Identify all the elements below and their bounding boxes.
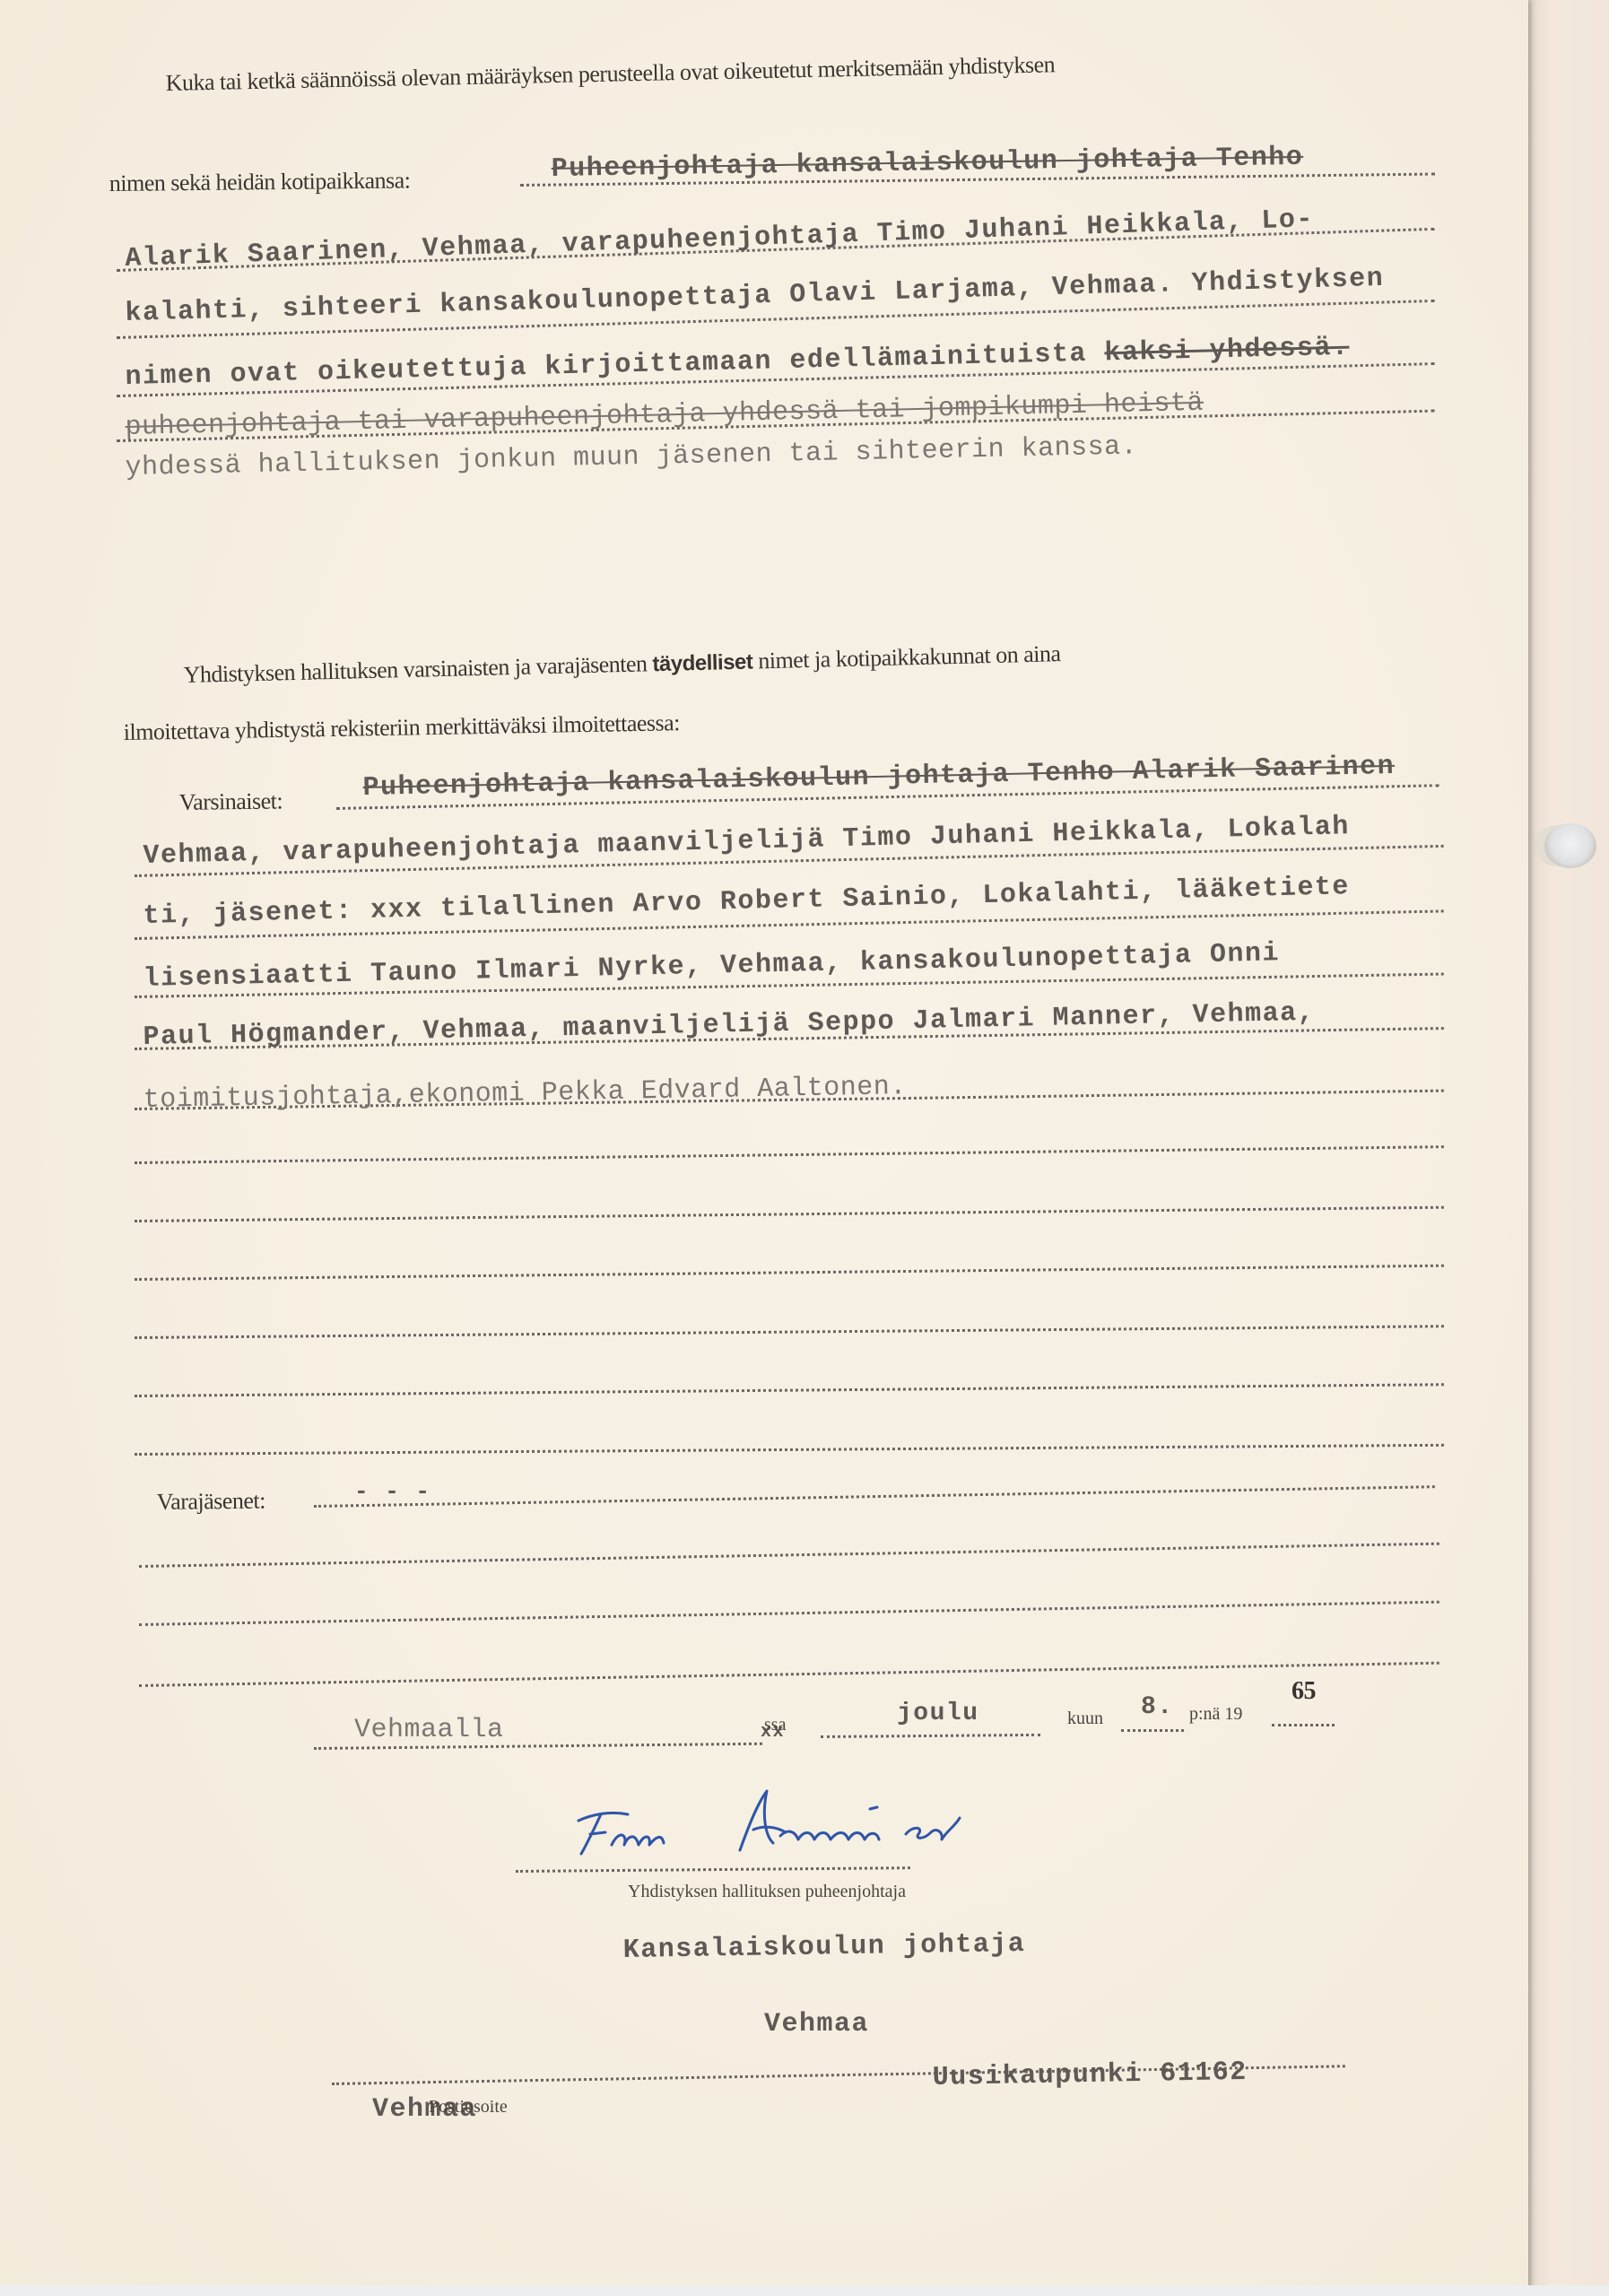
postal-label: Postiosoite: [429, 2097, 508, 2118]
question-board-text: Yhdistyksen hallituksen varsinaisten ja …: [183, 650, 653, 688]
signers-answer-line1: Puheenjohtaja kansalaiskoulun johtaja Te…: [551, 143, 1303, 185]
signature-line: [516, 1866, 910, 1873]
answer-line: [135, 1265, 1444, 1281]
scan-bottom-edge: [0, 2285, 1609, 2296]
postal-address: Uusikaupunki 61162: [932, 2057, 1248, 2093]
day-suffix: p:nä 19: [1189, 1704, 1242, 1725]
varsinaiset-line3: ti, jäsenet: xxx tilallinen Arvo Robert …: [143, 872, 1350, 932]
chair-title: Kansalaiskoulun johtaja: [622, 1929, 1025, 1966]
struck-text: kaksi yhdessä.: [1104, 333, 1350, 370]
answer-line: [135, 1145, 1444, 1164]
place-value: Vehmaalla: [354, 1715, 504, 1745]
answer-line: [314, 1485, 1435, 1508]
chair-place: Vehmaa: [764, 2009, 869, 2039]
punch-hole: [1544, 823, 1596, 868]
month-suffix: kuun: [1067, 1709, 1103, 1729]
varsinaiset-line5: Paul Högmander, Vehmaa, maanviljelijä Se…: [143, 998, 1315, 1053]
varsinaiset-line6: toimitusjohtaja,ekonomi Pekka Edvard Aal…: [143, 1072, 907, 1116]
signature-image: [538, 1780, 1148, 1861]
question-board-line2: ilmoitettava yhdistystä rekisteriin merk…: [123, 709, 680, 746]
day-line: [1121, 1729, 1184, 1732]
answer-line: [135, 1383, 1444, 1397]
month-line: [821, 1734, 1040, 1738]
question-board-line1: Yhdistyksen hallituksen varsinaisten ja …: [183, 640, 1061, 689]
place-suffix: ssa: [764, 1715, 786, 1735]
question-signers-line2: nimen sekä heidän kotipaikkansa:: [109, 167, 411, 197]
year-value: 65: [1292, 1677, 1316, 1706]
varsinaiset-label: Varsinaiset:: [179, 787, 283, 816]
answer-line: [135, 1325, 1444, 1339]
question-board-bold: täydelliset: [652, 649, 753, 676]
varajasenet-value: - - -: [354, 1478, 431, 1505]
answer-line: [135, 1206, 1444, 1222]
year-line: [1272, 1724, 1335, 1726]
answer-line: [139, 1662, 1439, 1687]
signers-answer-line4: nimen ovat oikeutettuja kirjoittamaan ed…: [125, 333, 1350, 393]
signers-answer-line2: Alarik Saarinen, Vehmaa, varapuheenjohta…: [125, 204, 1315, 274]
varajasenet-label: Varajäsenet:: [157, 1488, 265, 1516]
answer-line: [139, 1543, 1439, 1568]
month-value: joulu: [897, 1700, 979, 1727]
underlying-sheet: [1525, 0, 1609, 2296]
chair-label: Yhdistyksen hallituksen puheenjohtaja: [628, 1882, 906, 1902]
question-board-text-end: nimet ja kotipaikkakunnat on aina: [752, 640, 1061, 674]
answer-line: [139, 1601, 1439, 1626]
form-page: Kuka tai ketkä säännöissä olevan määräyk…: [0, 0, 1528, 2296]
answer-line: [135, 1444, 1444, 1456]
question-signers-line1: Kuka tai ketkä säännöissä olevan määräyk…: [165, 51, 1055, 97]
day-value: 8.: [1141, 1693, 1174, 1721]
